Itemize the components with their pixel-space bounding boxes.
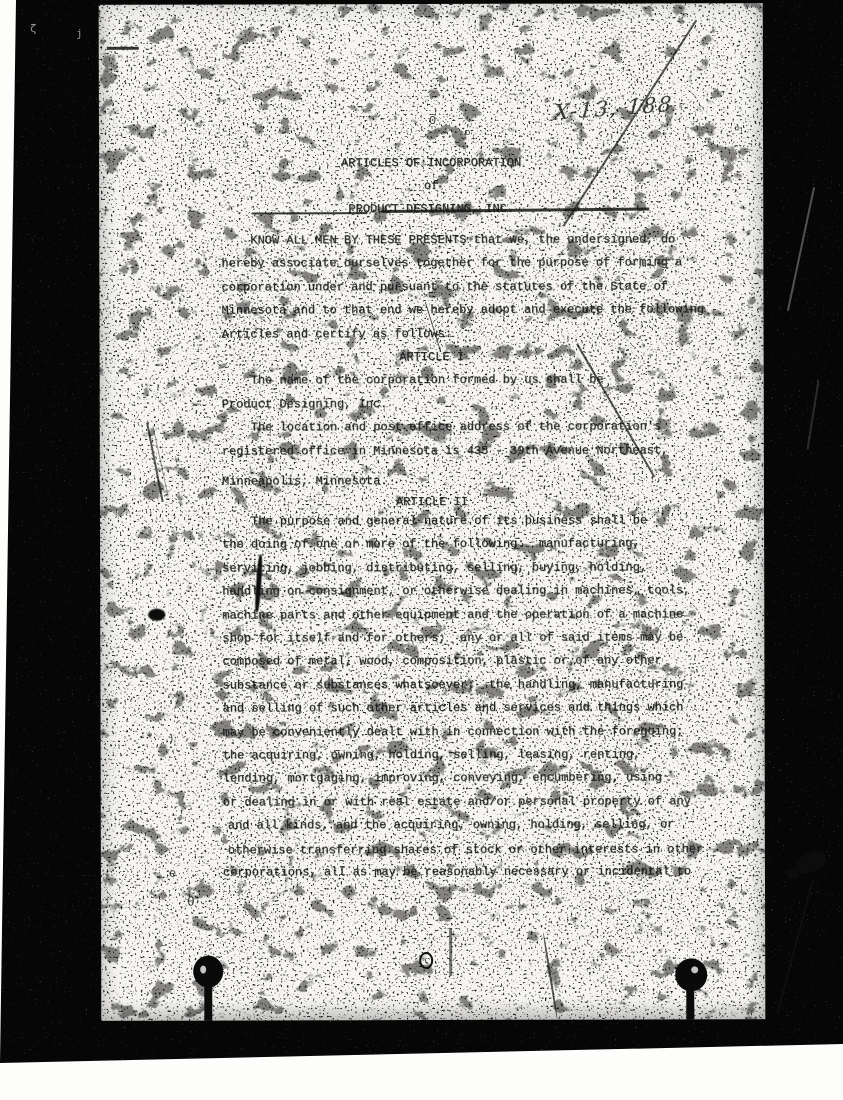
- binder-pin-head: [675, 958, 707, 991]
- film-emulsion-mark: ζ: [30, 22, 37, 35]
- document-line: and all kinds, and the acquiring, owning…: [106, 813, 770, 838]
- document-body: KNOW ALL MEN BY THESE PRESENTS that we, …: [99, 228, 765, 885]
- document-line: servicing, jobbing, distributing, sellin…: [100, 556, 764, 581]
- ink-blot: [787, 869, 799, 879]
- document-line: KNOW ALL MEN BY THESE PRESENTS that we, …: [99, 228, 763, 253]
- document-line: Articles and certify as follows:: [100, 322, 764, 347]
- document-line: registered office in Minnesota is 435 - …: [100, 439, 764, 464]
- binder-pin-stem: [204, 983, 212, 1021]
- document-line: The purpose and general nature of its bu…: [100, 509, 764, 534]
- document-line: machine parts and other equipment and th…: [100, 603, 764, 628]
- document-line: The name of the corporation formed by us…: [100, 369, 764, 394]
- stray-character: θ: [187, 895, 195, 910]
- title-line: ARTICLES OF INCORPORATION: [99, 151, 763, 176]
- binder-pin-glint: [691, 966, 698, 973]
- ink-ring-mark: [419, 952, 433, 969]
- binder-pin-glint: [200, 966, 206, 974]
- film-scratch-line: [807, 380, 820, 449]
- document-line: Minnesota and to that end we hereby adop…: [99, 298, 763, 323]
- document-line: corporation under and pursuant to the st…: [99, 275, 763, 300]
- document-line: corporations, all as may be reasonably n…: [101, 860, 765, 885]
- title-line: PRODUCT DESIGNING, INC.: [99, 197, 763, 222]
- document-line: handling on consignment, or otherwise de…: [100, 579, 764, 604]
- margin-dash: [107, 47, 139, 50]
- document-line: the doing of one or more of the followin…: [100, 532, 764, 557]
- document-line: otherwise transferring shares of stock o…: [106, 838, 770, 863]
- document-line: and selling of such other articles and s…: [100, 696, 764, 721]
- document-line: lending, mortgaging, improving, conveyin…: [101, 766, 765, 791]
- scratch-line: [449, 928, 452, 976]
- document-line: composed of metal, wood, composition, pl…: [100, 649, 764, 674]
- document-line: may be conveniently dealt with in connec…: [101, 720, 765, 745]
- binder-pin-stem: [686, 988, 694, 1019]
- document-line: substance or substances whatsoever; the …: [100, 673, 764, 698]
- document-line: shop for itself and for others; any or a…: [100, 626, 764, 651]
- scanned-document-screenshot: { "film_label": { "handwritten_number": …: [0, 0, 843, 1100]
- document-page: X-13, 188 0 o e * ) θ ARTICLES OF INCORP…: [99, 3, 766, 1021]
- document-line: Product Designing, Inc.: [100, 392, 764, 417]
- title-line: of: [99, 174, 763, 199]
- document-line: The location and post office address of …: [100, 415, 764, 440]
- document-title: ARTICLES OF INCORPORATION of PRODUCT DES…: [99, 151, 763, 222]
- document-line: ARTICLE I: [100, 345, 764, 370]
- document-line: hereby associate ourselves together for …: [99, 252, 763, 277]
- document-line: or dealing in or with real estate and/or…: [101, 790, 765, 815]
- document-line: the acquiring, owning, holding, selling,…: [101, 743, 765, 768]
- scratch-line: [542, 932, 558, 1019]
- handwritten-file-number: X-13, 188: [553, 92, 674, 125]
- film-scratch-line: [787, 187, 815, 311]
- film-emulsion-mark: j: [76, 27, 83, 40]
- stray-character: o: [465, 128, 470, 138]
- stray-character: 0: [429, 114, 436, 128]
